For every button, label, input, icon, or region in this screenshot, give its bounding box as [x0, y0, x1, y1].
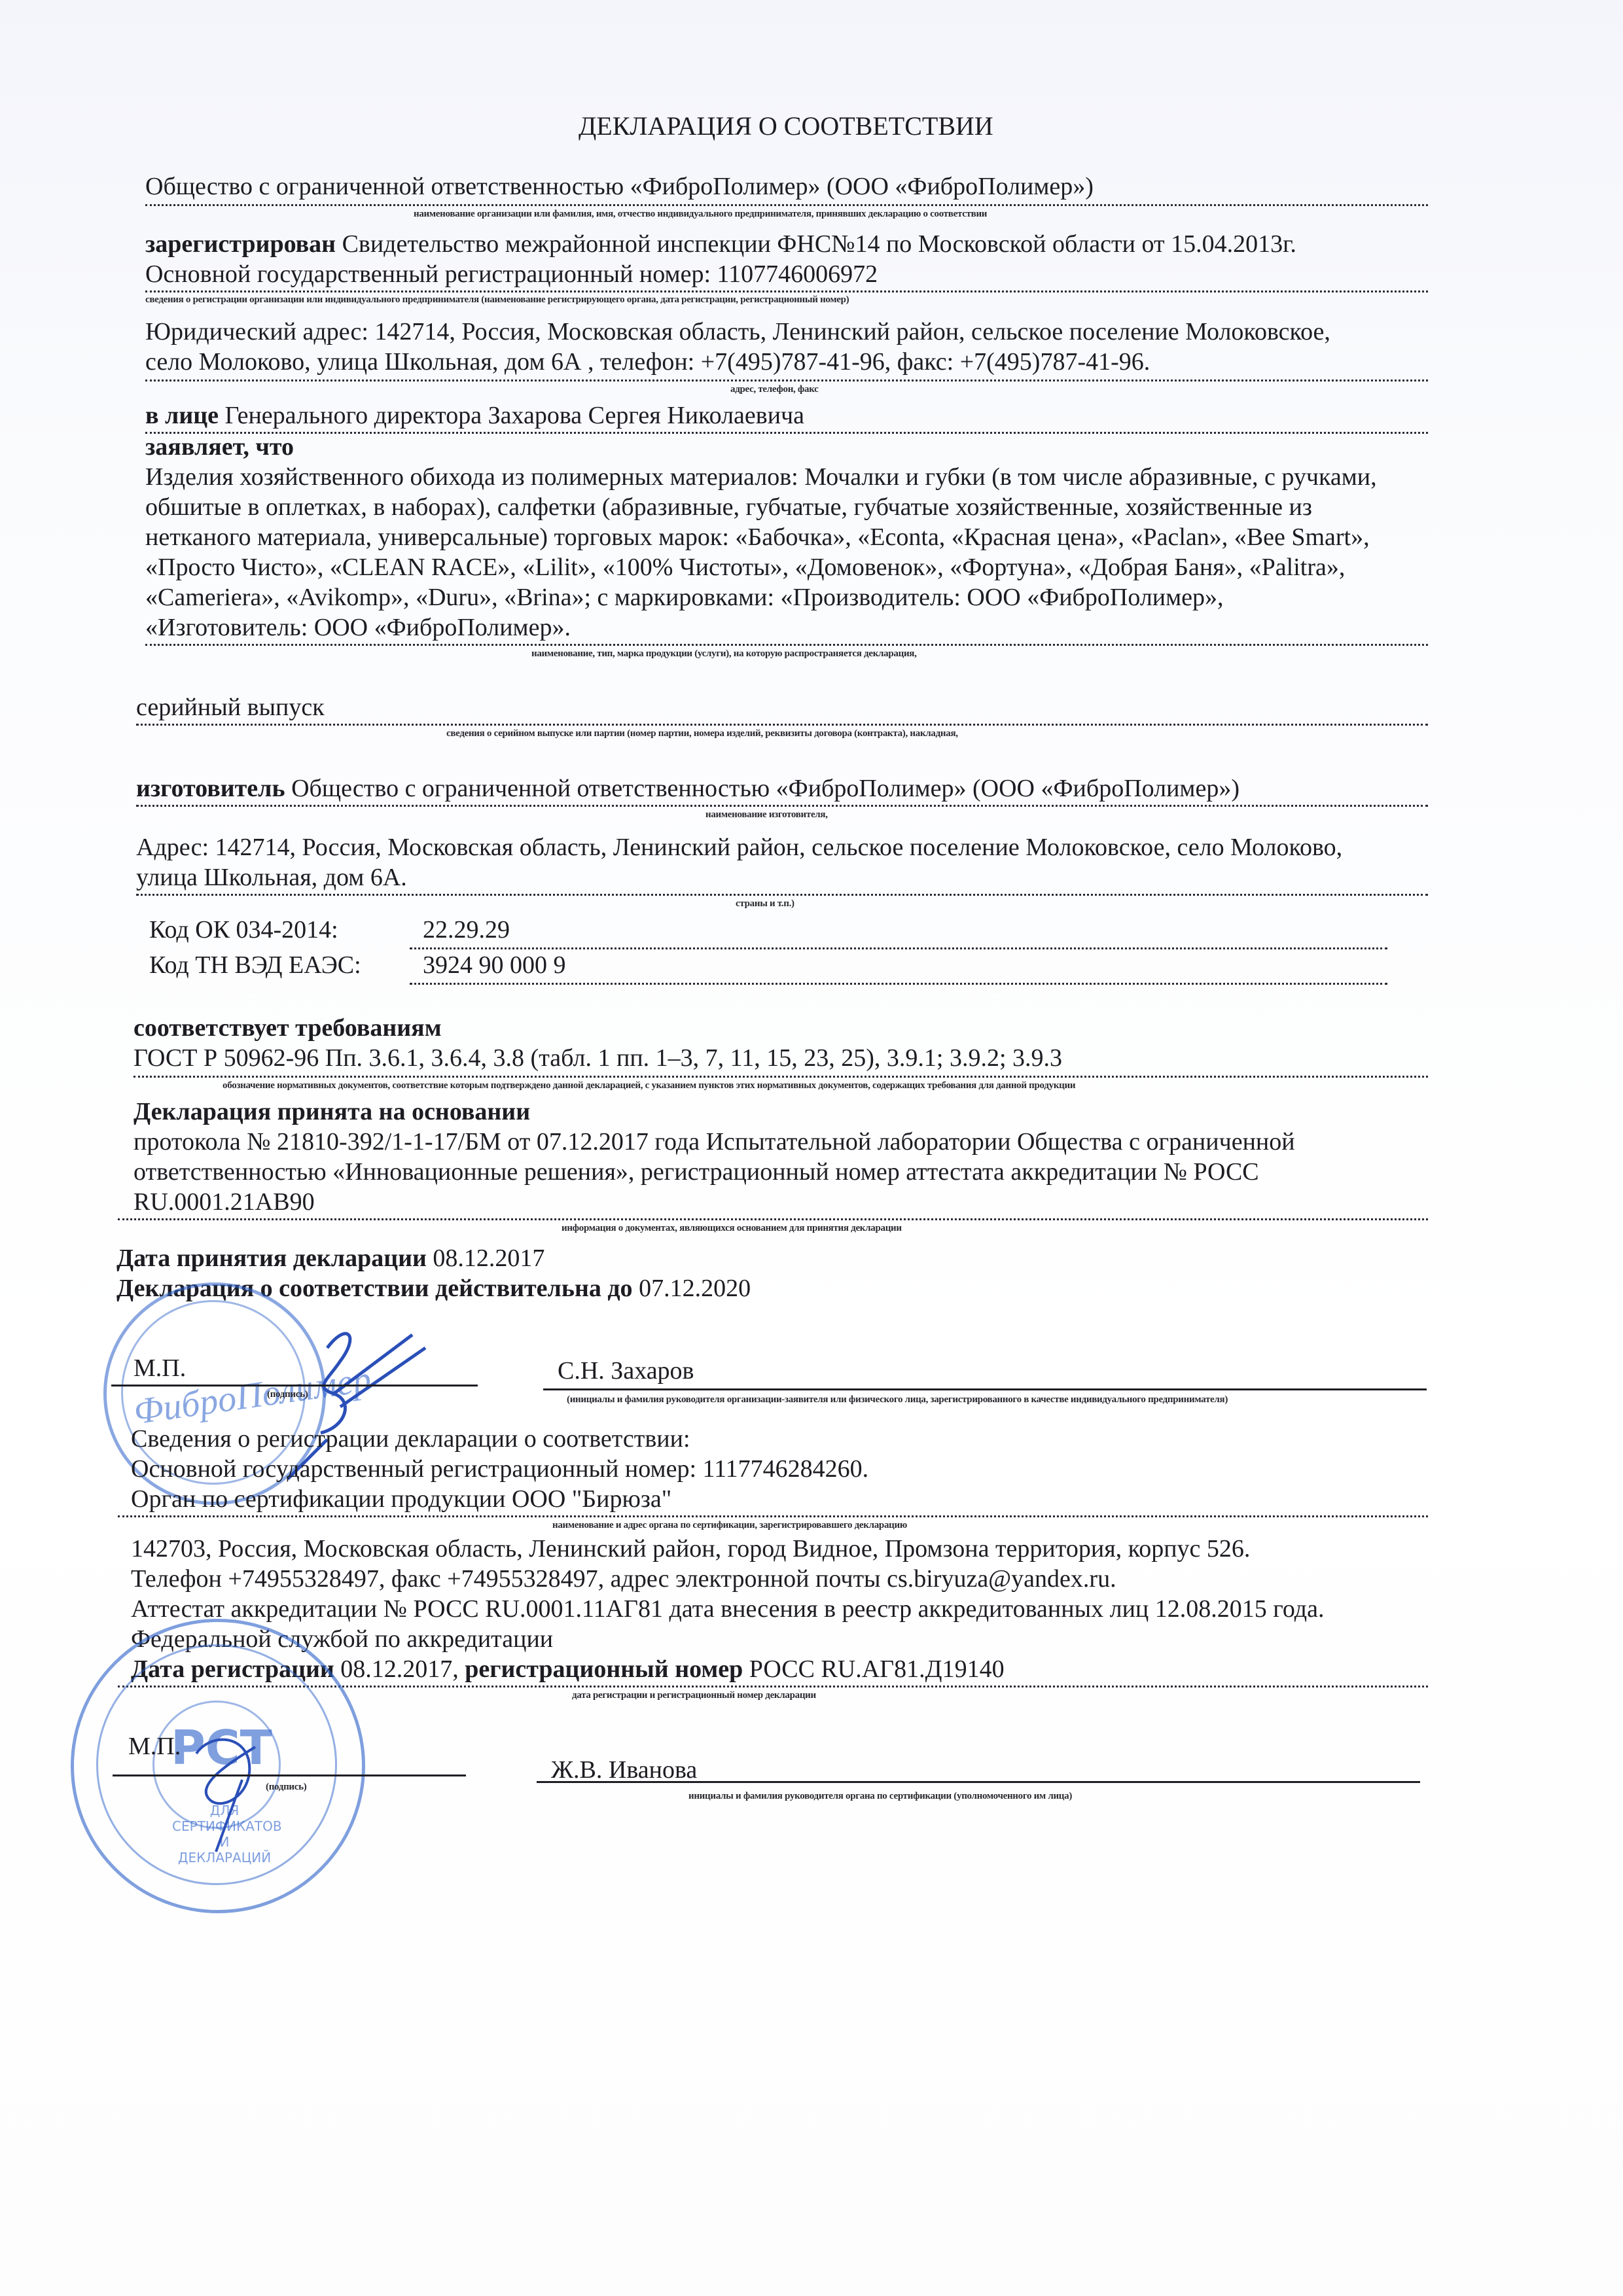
valid-until-value: 07.12.2020	[639, 1275, 751, 1302]
divider	[136, 894, 1428, 896]
divider	[145, 380, 1428, 381]
code-ok-label: Код ОК 034-2014:	[149, 915, 338, 945]
code-tnved-value: 3924 90 000 9	[423, 950, 566, 980]
divider	[145, 644, 1428, 646]
body-contacts: Телефон +74955328497, факс +74955328497,…	[131, 1564, 1116, 1594]
divider	[145, 291, 1428, 292]
manufacturer-address-line1: Адрес: 142714, Россия, Московская област…	[136, 832, 1342, 862]
body-signature-line	[113, 1775, 466, 1776]
manufacturer-caption: наименование изготовителя,	[705, 809, 828, 821]
basis-caption: информация о документах, являющихся осно…	[562, 1222, 902, 1234]
registration-date-caption: дата регистрации и регистрационный номер…	[572, 1689, 816, 1701]
accepted-date-value: 08.12.2017	[433, 1245, 544, 1272]
product-line-6: «Изготовитель: ООО «ФиброПолимер».	[145, 612, 571, 643]
basis-label: Декларация принята на основании	[134, 1097, 530, 1127]
address-caption: адрес, телефон, факс	[730, 383, 819, 395]
registration-heading: Сведения о регистрации декларации о соот…	[131, 1424, 690, 1454]
applicant-name: Общество с ограниченной ответственностью…	[145, 171, 1094, 202]
divider	[118, 1218, 1428, 1220]
registration-number-value: РОСС RU.АГ81.Д19140	[749, 1655, 1005, 1683]
applicant-ogrn: Основной государственный регистрационный…	[145, 259, 878, 289]
registered-line: зарегистрирован Свидетельство межрайонно…	[145, 229, 1296, 259]
product-caption: наименование, тип, марка продукции (услу…	[531, 648, 917, 660]
product-line-2: обшитые в оплетках, в наборах), салфетки…	[145, 492, 1312, 522]
certification-body: Орган по сертификации продукции ООО "Бир…	[131, 1484, 671, 1514]
applicant-signer-name: С.Н. Захаров	[558, 1356, 694, 1386]
applicant-address-line1: Юридический адрес: 142714, Россия, Моско…	[145, 317, 1330, 347]
registration-number-label: регистрационный номер	[465, 1655, 743, 1683]
accepted-date-line: Дата принятия декларации 08.12.2017	[116, 1243, 544, 1273]
body-address: 142703, Россия, Московская область, Лени…	[131, 1534, 1250, 1564]
body-sign-caption: (подпись)	[266, 1781, 306, 1793]
basis-line-3: RU.0001.21AB90	[134, 1187, 315, 1217]
divider	[410, 947, 1387, 949]
applicant-sign-caption: (подпись)	[267, 1388, 308, 1400]
manufacturer-address-caption: страны и т.п.)	[736, 898, 794, 910]
divider	[118, 1515, 1428, 1517]
product-line-3: нетканого материала, универсальные) торг…	[145, 522, 1370, 552]
registration-date-value: 08.12.2017,	[340, 1655, 459, 1683]
body-signer-caption: инициалы и фамилия руководителя органа п…	[688, 1790, 1072, 1802]
applicant-name-caption: наименование организации или фамилия, им…	[414, 208, 987, 220]
product-line-1: Изделия хозяйственного обихода из полиме…	[145, 462, 1377, 492]
declaration-page: ДЕКЛАРАЦИЯ О СООТВЕТСТВИИ Общество с огр…	[0, 0, 1623, 2296]
basis-line-2: ответственностью «Инновационные решения»…	[134, 1157, 1259, 1187]
registered-text: Свидетельство межрайонной инспекции ФНС№…	[342, 230, 1296, 258]
applicant-address-line2: село Молоково, улица Школьная, дом 6А , …	[145, 347, 1150, 377]
declares-label: заявляет, что	[145, 432, 294, 462]
body-name-line	[537, 1781, 1420, 1783]
manufacturer-line: изготовитель Общество с ограниченной отв…	[136, 773, 1240, 804]
manufacturer-label: изготовитель	[136, 775, 285, 802]
requirements-label: соответствует требованиям	[134, 1013, 442, 1043]
product-line-5: «Cameriera», «Avikomp», «Duru», «Brina»;…	[145, 582, 1224, 612]
applicant-mp-label: М.П.	[134, 1353, 186, 1383]
divider	[136, 805, 1428, 807]
serial-text: серийный выпуск	[136, 692, 325, 722]
accepted-date-label: Дата принятия декларации	[116, 1245, 427, 1272]
document-title: ДЕКЛАРАЦИЯ О СООТВЕТСТВИИ	[579, 111, 993, 141]
represented-label: в лице	[145, 402, 219, 429]
requirements-caption: обозначение нормативных документов, соот…	[223, 1080, 1075, 1091]
body-mp-label: М.П.	[128, 1731, 181, 1761]
registered-label: зарегистрирован	[145, 230, 336, 258]
applicant-name-line	[543, 1388, 1427, 1390]
manufacturer-name: Общество с ограниченной ответственностью…	[291, 775, 1240, 802]
basis-line-1: протокола № 21810-392/1-1-17/БМ от 07.12…	[134, 1127, 1295, 1157]
divider	[410, 983, 1387, 985]
divider	[134, 1076, 1428, 1078]
body-accreditation: Аттестат аккредитации № РОСС RU.0001.11А…	[131, 1594, 1324, 1624]
registration-ogrn: Основной государственный регистрационный…	[131, 1454, 868, 1484]
represented-line: в лице Генерального директора Захарова С…	[145, 400, 804, 431]
body-signature-icon	[183, 1727, 275, 1858]
applicant-signer-caption: (инициалы и фамилия руководителя организ…	[567, 1394, 1228, 1405]
serial-caption: сведения о серийном выпуске или партии (…	[446, 728, 958, 739]
code-tnved-label: Код ТН ВЭД ЕАЭС:	[149, 950, 361, 980]
applicant-signature-line	[111, 1385, 478, 1386]
certification-body-caption: наименование и адрес органа по сертифика…	[552, 1519, 907, 1531]
code-ok-value: 22.29.29	[423, 915, 510, 945]
represented-text: Генерального директора Захарова Сергея Н…	[225, 402, 805, 429]
product-line-4: «Просто Чисто», «CLEAN RACE», «Lilit», «…	[145, 552, 1345, 582]
requirements-text: ГОСТ Р 50962-96 Пп. 3.6.1, 3.6.4, 3.8 (т…	[134, 1043, 1062, 1073]
divider	[136, 724, 1428, 726]
divider	[145, 204, 1428, 206]
divider	[145, 432, 1428, 434]
registration-caption: сведения о регистрации организации или и…	[145, 294, 849, 306]
manufacturer-address-line2: улица Школьная, дом 6А.	[136, 862, 407, 892]
